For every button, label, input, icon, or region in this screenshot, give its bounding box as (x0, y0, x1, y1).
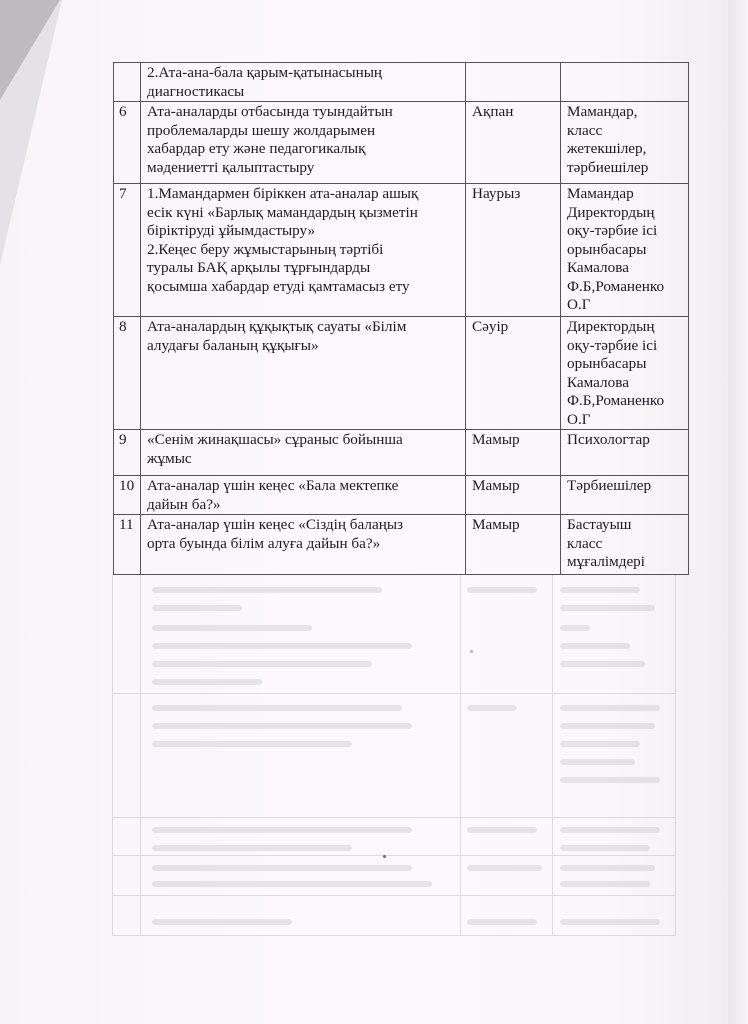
cell-line: хабардар ету және педагогикалық (147, 140, 460, 159)
responsible-cell: Директордыңоқу-тәрбие ісіорынбасарыКамал… (561, 317, 689, 430)
month-cell: Мамыр (466, 430, 561, 476)
table-row: 9«Сенім жинақшасы» сұраныс бойыншажұмысМ… (114, 430, 689, 476)
activity-cell: Ата-аналардың құқықтық сауаты «Білімалуд… (141, 317, 466, 430)
cell-line: мәдениетті қалыптастыру (147, 159, 460, 178)
month-cell: Ақпан (466, 102, 561, 184)
cell-line: оқу-тәрбие ісі (567, 222, 683, 241)
activity-plan-table: 2.Ата-ана-бала қарым-қатынасыныңдиагност… (113, 62, 689, 575)
scan-speck (470, 650, 473, 653)
cell-line: Директордың (567, 318, 683, 337)
cell-line: алудағы баланың құқығы» (147, 337, 460, 356)
cell-line: О.Г (567, 296, 683, 315)
cell-line: класс (567, 122, 683, 141)
cell-line: біріктіруді ұйымдастыру» (147, 222, 460, 241)
table-row: 10Ата-аналар үшін кеңес «Бала мектепкеда… (114, 476, 689, 515)
cell-line: оқу-тәрбие ісі (567, 337, 683, 356)
row-number-cell: 10 (114, 476, 141, 515)
table-row: 71.Мамандармен біріккен ата-аналар ашықе… (114, 184, 689, 317)
cell-line: класс (567, 535, 683, 554)
cell-line: Камалова (567, 259, 683, 278)
row-number-cell (114, 63, 141, 102)
row-number-cell: 7 (114, 184, 141, 317)
month-cell: Сәуір (466, 317, 561, 430)
row-number-cell: 6 (114, 102, 141, 184)
scan-speck (383, 855, 386, 858)
cell-line: Ата-аналарды отбасында туындайтын (147, 103, 460, 122)
cell-line: тәрбиешілер (567, 159, 683, 178)
month-cell: Мамыр (466, 515, 561, 575)
cell-line: Психологтар (567, 431, 683, 450)
responsible-cell: Тәрбиешілер (561, 476, 689, 515)
activity-cell: 1.Мамандармен біріккен ата-аналар ашықес… (141, 184, 466, 317)
activity-cell: «Сенім жинақшасы» сұраныс бойыншажұмыс (141, 430, 466, 476)
cell-line: диагностикасы (147, 83, 460, 102)
cell-line: Ф.Б,Романенко (567, 392, 683, 411)
table-row: 8Ата-аналардың құқықтық сауаты «Білімалу… (114, 317, 689, 430)
responsible-cell (561, 63, 689, 102)
cell-line: орта буында білім алуға дайын ба?» (147, 535, 460, 554)
responsible-cell: Бастауышклассмұғалімдері (561, 515, 689, 575)
table-row: 11Ата-аналар үшін кеңес «Сіздің балаңызо… (114, 515, 689, 575)
activity-cell: Ата-аналар үшін кеңес «Сіздің балаңызорт… (141, 515, 466, 575)
cell-line: қосымша хабардар етуді қамтамасыз ету (147, 278, 460, 297)
month-cell: Наурыз (466, 184, 561, 317)
cell-line: 2.Кеңес беру жұмыстарының тәртібі (147, 241, 460, 260)
activity-cell: Ата-аналарды отбасында туындайтынпроблем… (141, 102, 466, 184)
cell-line: 2.Ата-ана-бала қарым-қатынасының (147, 64, 460, 83)
cell-line: Камалова (567, 374, 683, 393)
cell-line: Ата-аналардың құқықтық сауаты «Білім (147, 318, 460, 337)
row-number-cell: 8 (114, 317, 141, 430)
row-number-cell: 11 (114, 515, 141, 575)
row-number-cell: 9 (114, 430, 141, 476)
cell-line: Мамандар (567, 185, 683, 204)
month-cell (466, 63, 561, 102)
responsible-cell: Психологтар (561, 430, 689, 476)
cell-line: проблемаларды шешу жолдарымен (147, 122, 460, 141)
cell-line: Ата-аналар үшін кеңес «Сіздің балаңыз (147, 516, 460, 535)
activity-cell: Ата-аналар үшін кеңес «Бала мектепкедайы… (141, 476, 466, 515)
cell-line: жетекшілер, (567, 140, 683, 159)
cell-line: туралы БАҚ арқылы тұрғындарды (147, 259, 460, 278)
cell-line: Ф.Б,Романенко (567, 278, 683, 297)
cell-line: мұғалімдері (567, 553, 683, 572)
cell-line: жұмыс (147, 450, 460, 469)
responsible-cell: МамандарДиректордыңоқу-тәрбие ісіорынбас… (561, 184, 689, 317)
cell-line: 1.Мамандармен біріккен ата-аналар ашық (147, 185, 460, 204)
responsible-cell: Мамандар,классжетекшілер,тәрбиешілер (561, 102, 689, 184)
cell-line: дайын ба?» (147, 496, 460, 515)
table-row: 6Ата-аналарды отбасында туындайтынпробле… (114, 102, 689, 184)
cell-line: Бастауыш (567, 516, 683, 535)
cell-line: орынбасары (567, 355, 683, 374)
cell-line: Тәрбиешілер (567, 477, 683, 496)
cell-line: О.Г (567, 411, 683, 430)
table-row: 2.Ата-ана-бала қарым-қатынасыныңдиагност… (114, 63, 689, 102)
cell-line: есік күні «Барлық мамандардың қызметін (147, 204, 460, 223)
cell-line: «Сенім жинақшасы» сұраныс бойынша (147, 431, 460, 450)
cell-line: Ата-аналар үшін кеңес «Бала мектепке (147, 477, 460, 496)
month-cell: Мамыр (466, 476, 561, 515)
folded-corner (0, 0, 60, 100)
cell-line: орынбасары (567, 241, 683, 260)
cell-line: Мамандар, (567, 103, 683, 122)
page-edge-shadow (728, 0, 748, 1024)
cell-line: Директордың (567, 204, 683, 223)
activity-cell: 2.Ата-ана-бала қарым-қатынасыныңдиагност… (141, 63, 466, 102)
